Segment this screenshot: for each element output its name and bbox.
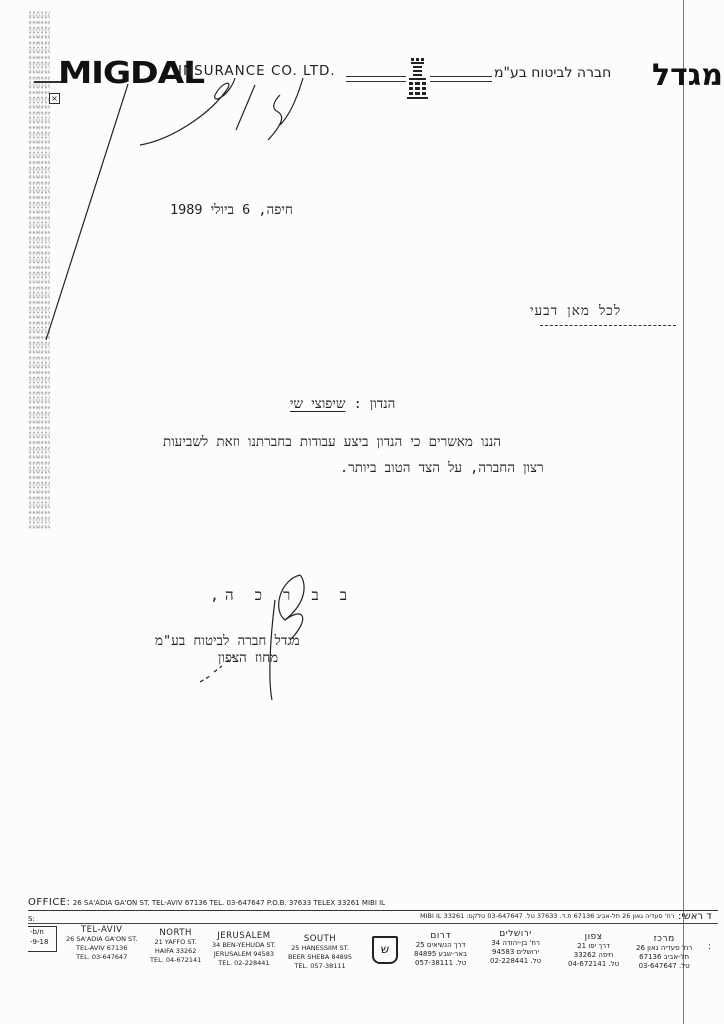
fold-line bbox=[683, 0, 684, 1024]
office-label-he: ד ראשי: bbox=[678, 911, 712, 922]
office-label: OFFICE: bbox=[28, 897, 71, 908]
corner-box-line: -9-18 bbox=[30, 937, 56, 947]
branch-jerusalem-he: ירושלים רח' בן-יהודה 34 ירושלים 94583 טל… bbox=[490, 930, 541, 966]
company-name-he: חברה לביטוח בע"מ bbox=[494, 65, 611, 81]
corner-box: -b/n -9-18 bbox=[28, 926, 57, 952]
scanned-letter-page: MIGDAL INSURANCE CO. LTD. חברה לביטוח בע… bbox=[0, 0, 724, 1024]
office-address-he: רח' סעדיה גאון 26 תל-אביב 67136 ת.ד. 376… bbox=[420, 912, 674, 920]
letter-date: חיפה, 6 ביולי 1989 bbox=[170, 202, 293, 218]
letterhead: MIGDAL INSURANCE CO. LTD. חברה לביטוח בע… bbox=[0, 48, 724, 98]
logo-he: מגדל bbox=[652, 58, 723, 93]
letter-subject: הנדון : שיפוצי שי bbox=[290, 396, 395, 412]
office-address: 26 SA'ADIA GA'ON ST. TEL-AVIV 67136 TEL.… bbox=[73, 899, 385, 907]
header-rule-left bbox=[346, 76, 406, 82]
corner-box-line: -b/n bbox=[30, 927, 56, 937]
branch-south-en: SOUTH 25 HANESSIIM ST. BEER SHEBA 84895 … bbox=[288, 935, 352, 971]
branch-south-he: דרום דרך הנשיאים 25 באר-שבע 84895 טל. 05… bbox=[414, 932, 467, 968]
header-rule-right bbox=[430, 76, 492, 82]
office-address-en: OFFICE: 26 SA'ADIA GA'ON ST. TEL-AVIV 67… bbox=[28, 897, 385, 908]
branch-tel-aviv-en: TEL-AVIV 26 SA'ADIA GA'ON ST. TEL-AVIV 6… bbox=[66, 926, 137, 962]
corner-label: S: bbox=[28, 915, 35, 923]
body-line-2: רצון החברה, על הצד הטוב ביותר. bbox=[340, 460, 544, 476]
checkbox-mark-icon: × bbox=[49, 93, 60, 104]
recipient-underline bbox=[540, 325, 676, 326]
company-name-en: INSURANCE CO. LTD. bbox=[178, 63, 336, 79]
body-line-1: הננו מאשרים כי הנדון ביצע עבודות בחברתנו… bbox=[163, 434, 501, 450]
branch-center-he: מרכז רח' סעדיה גאון 26 תל-אביב 67136 טל.… bbox=[636, 935, 692, 971]
footer-rule-top bbox=[28, 910, 718, 911]
branch-north-he: צפון דרך יפו 21 חיפה 33262 טל. 04-672141 bbox=[568, 933, 619, 969]
subject-value: שיפוצי שי bbox=[290, 396, 345, 412]
handwriting-strokes bbox=[0, 0, 724, 1024]
branch-jerusalem-en: JERUSALEM 34 BEN-YEHUDA ST. JERUSALEM 94… bbox=[212, 932, 276, 968]
tower-icon bbox=[406, 58, 428, 100]
subject-label: הנדון : bbox=[354, 396, 396, 412]
signature-district: מחוז הצפון bbox=[218, 650, 278, 666]
letter-recipient: לכל מאן דבעי bbox=[530, 303, 621, 319]
signature-company: מגדל חברה לביטוח בע"מ bbox=[155, 633, 300, 649]
footer-rule-bottom bbox=[28, 923, 718, 924]
footer-colon: : bbox=[708, 942, 711, 952]
branch-north-en: NORTH 21 YAFFO ST. HAIFA 33262 TEL. 04-6… bbox=[150, 929, 201, 965]
closing-greeting: ב ב ר כ ה, bbox=[210, 586, 353, 605]
migdal-emblem-icon: ש bbox=[372, 936, 398, 964]
